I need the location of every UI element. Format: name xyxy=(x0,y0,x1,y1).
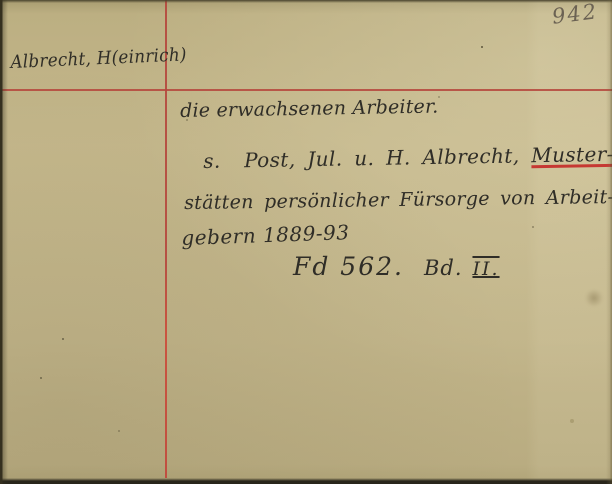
card-right-edge xyxy=(606,0,612,484)
reference-line-2: stätten persönlicher Fürsorge von Arbeit… xyxy=(184,186,612,214)
volume-label: Bd. xyxy=(424,256,463,280)
card-left-edge xyxy=(0,0,8,484)
volume-numeral: II. xyxy=(472,258,499,280)
title-line: die erwachsenen Arbeiter. xyxy=(180,95,439,122)
author-heading: Albrecht, H(einrich) xyxy=(10,44,187,73)
corner-number-pencil: 942 xyxy=(551,0,600,29)
red-vertical-rule xyxy=(165,0,167,478)
reference-line-3: gebern 1889-93 xyxy=(181,220,350,250)
underlined-word-muster: Muster- xyxy=(531,142,612,167)
catalog-card-scan: 942 Albrecht, H(einrich) die erwachsenen… xyxy=(0,0,612,484)
reference-line-1-text: s. Post, Jul. u. H. Albrecht, xyxy=(203,143,531,173)
reference-line-1: s. Post, Jul. u. H. Albrecht, Muster- xyxy=(203,142,612,173)
card-top-edge xyxy=(0,0,612,3)
red-horizontal-rule xyxy=(0,89,612,91)
call-number: Fd 562. xyxy=(293,252,404,281)
shelfmark-line: Fd 562.Bd. II. xyxy=(293,252,500,281)
paper-smudge xyxy=(584,290,604,306)
card-bottom-edge xyxy=(0,478,612,484)
